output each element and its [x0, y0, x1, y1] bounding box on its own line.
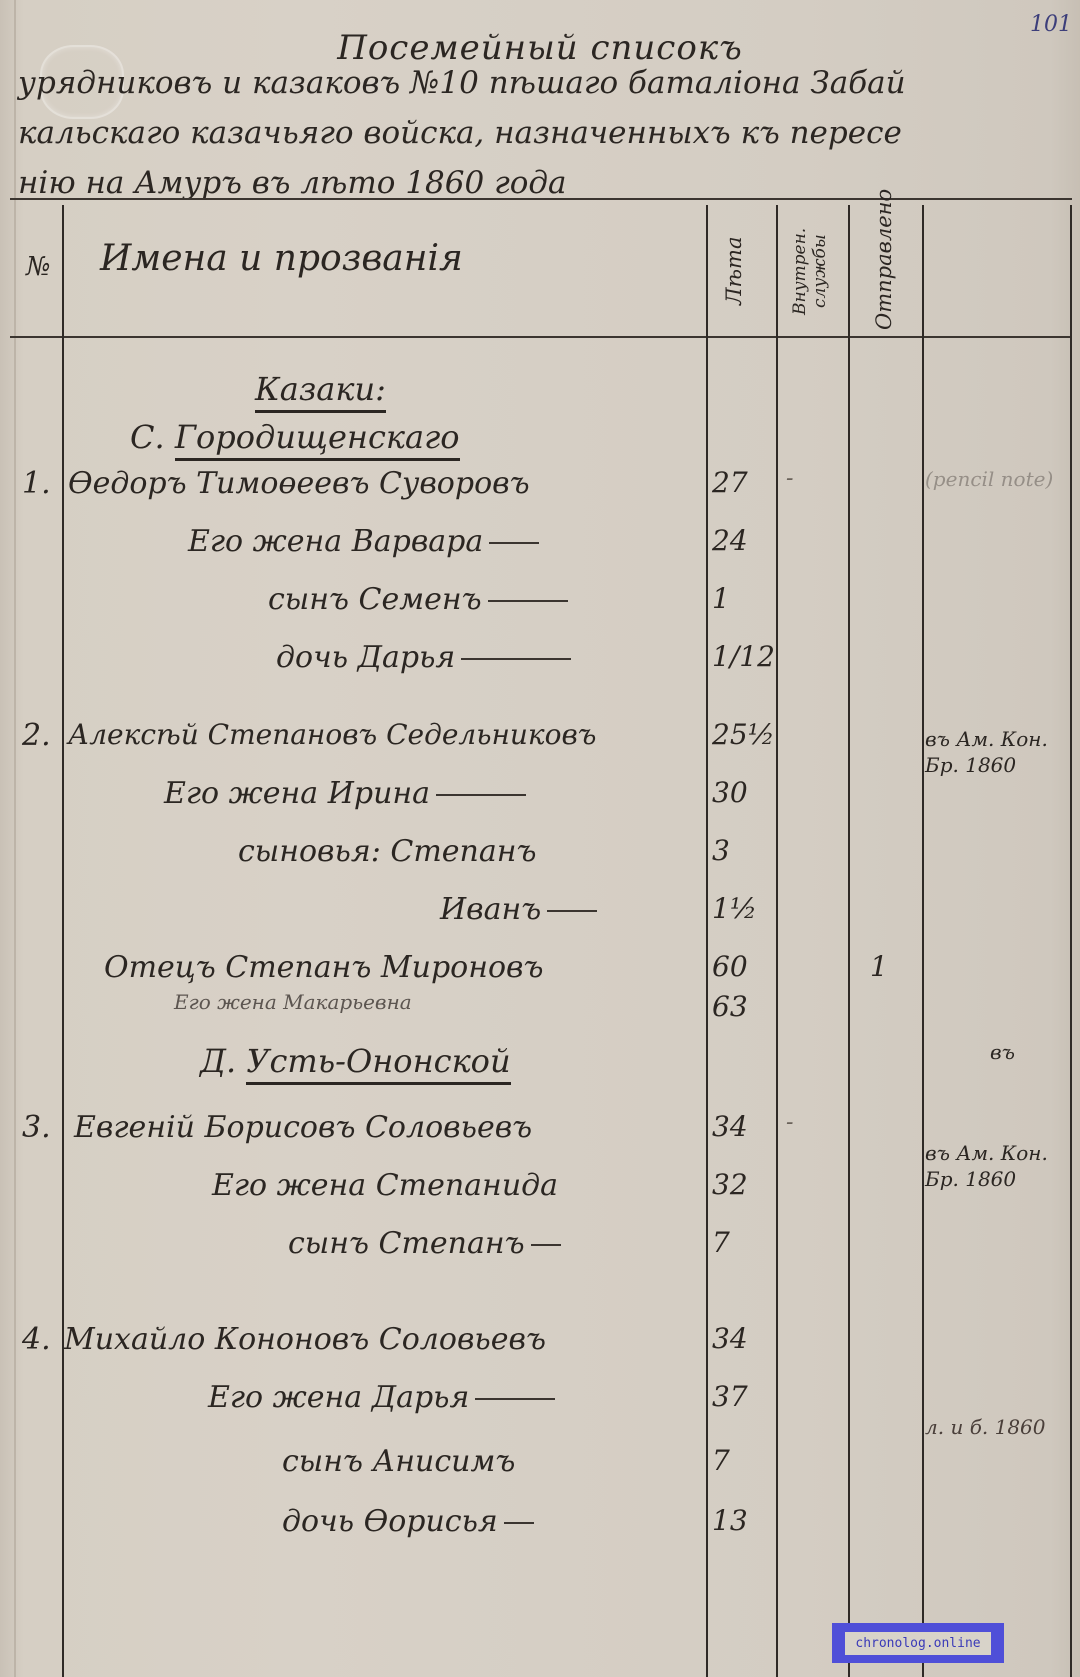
header-age: Лѣта	[722, 212, 746, 330]
watermark-badge: chronolog.online	[832, 1623, 1004, 1663]
member-name: дочь Дарья	[276, 640, 571, 675]
header-sent: Отправлено	[872, 212, 896, 330]
section-name: Усть-Ононской	[246, 1042, 510, 1085]
watermark-text: chronolog.online	[845, 1632, 990, 1655]
member-age: 32	[712, 1168, 776, 1201]
member-service: -	[786, 1110, 793, 1135]
member-age: 1½	[712, 892, 776, 925]
header-bottom-rule	[10, 336, 1072, 338]
member-sent: 1	[870, 950, 888, 983]
table-row: Иванъ 1½	[0, 892, 1080, 936]
member-name: сынъ Анисимъ	[282, 1444, 515, 1479]
table-top-rule	[10, 198, 1072, 200]
member-age: 13	[712, 1504, 776, 1537]
table-row: сыновья: Степанъ 3	[0, 834, 1080, 878]
member-remark: л. и б. 1860	[925, 1414, 1065, 1440]
member-age: 37	[712, 1380, 776, 1413]
member-name: Его жена Макарьевна	[174, 990, 412, 1014]
member-age: 34	[712, 1110, 776, 1143]
member-age: 27	[712, 466, 776, 499]
member-name: сынъ Степанъ	[288, 1226, 561, 1261]
member-name: Его жена Степанида	[212, 1168, 558, 1203]
member-name: Михайло Кононовъ Соловьевъ	[64, 1322, 546, 1357]
document-subtitle: урядниковъ и казаковъ №10 пѣшаго баталіо…	[18, 58, 1058, 208]
member-name: Отецъ Степанъ Мироновъ	[104, 950, 544, 985]
member-name: Его жена Ирина	[164, 776, 526, 811]
section-remark: въ	[990, 1040, 1015, 1064]
member-age: 7	[712, 1444, 776, 1477]
member-name: Евгеній Борисовъ Соловьевъ	[74, 1110, 532, 1145]
subtitle-line: кальскаго казачьяго войска, назначенныхъ…	[18, 108, 1058, 158]
table-row: Его жена Варвара 24	[0, 524, 1080, 568]
table-row: Его жена Макарьевна 63	[0, 990, 1080, 1034]
member-age: 60	[712, 950, 776, 983]
member-age: 30	[712, 776, 776, 809]
member-age: 1	[712, 582, 776, 615]
family-number: 1.	[22, 466, 51, 501]
table-row: 4. Михайло Кононовъ Соловьевъ 34	[0, 1322, 1080, 1366]
member-name: Өедоръ Тимоөеевъ Суворовъ	[68, 466, 530, 501]
member-age: 7	[712, 1226, 776, 1259]
member-age: 63	[712, 990, 776, 1023]
member-remark: въ Ам. Кон. Бр. 1860	[925, 726, 1065, 778]
member-age: 24	[712, 524, 776, 557]
member-age: 34	[712, 1322, 776, 1355]
member-name: Его жена Варвара	[188, 524, 539, 559]
group-heading: Казаки:	[255, 370, 386, 413]
table-row: сынъ Анисимъ 7 л. и б. 1860	[0, 1444, 1080, 1488]
table-row: Его жена Ирина 30	[0, 776, 1080, 820]
member-name: Иванъ	[440, 892, 597, 927]
table-row: Его жена Степанида 32	[0, 1168, 1080, 1212]
member-name: Алексѣй Степановъ Седельниковъ	[68, 718, 596, 751]
family-number: 3.	[22, 1110, 51, 1145]
header-number: №	[26, 252, 51, 282]
section-heading: С. Городищенскаго	[130, 418, 460, 456]
table-row: дочь Өорисья 13	[0, 1504, 1080, 1548]
table-row: Его жена Дарья 37	[0, 1380, 1080, 1424]
family-number: 4.	[22, 1322, 51, 1357]
member-name: сынъ Семенъ	[268, 582, 568, 617]
header-names: Имена и прозванія	[100, 238, 463, 279]
table-row: 1. Өедоръ Тимоөеевъ Суворовъ 27 - (penci…	[0, 466, 1080, 510]
subtitle-line: урядниковъ и казаковъ №10 пѣшаго баталіо…	[18, 58, 1058, 108]
member-age: 3	[712, 834, 776, 867]
document-page: 101 Посемейный списокъ урядниковъ и каза…	[0, 0, 1080, 1677]
subtitle-line: нію на Амуръ въ лѣто 1860 года	[18, 158, 1058, 208]
table-row: дочь Дарья 1/12	[0, 640, 1080, 684]
table-row: 2. Алексѣй Степановъ Седельниковъ 25½ въ…	[0, 718, 1080, 762]
member-name: дочь Өорисья	[282, 1504, 534, 1539]
section-heading: Д. Усть-Ононской	[200, 1042, 511, 1080]
member-name: Его жена Дарья	[208, 1380, 555, 1415]
member-remark: (pencil note)	[925, 466, 1065, 492]
section-prefix: С.	[130, 418, 165, 456]
table-row: сынъ Степанъ 7	[0, 1226, 1080, 1270]
section-name: Городищенскаго	[175, 418, 460, 461]
table-row: сынъ Семенъ 1	[0, 582, 1080, 626]
member-service: -	[786, 466, 793, 491]
member-age: 1/12	[712, 640, 776, 673]
section-prefix: Д.	[200, 1042, 236, 1080]
header-internal-service: Внутрен. службы	[790, 212, 830, 330]
table-row: 3. Евгеній Борисовъ Соловьевъ 34 - въ Ам…	[0, 1110, 1080, 1154]
member-name: сыновья: Степанъ	[238, 834, 536, 869]
member-age: 25½	[712, 718, 776, 751]
table-row: Отецъ Степанъ Мироновъ 60 1	[0, 950, 1080, 994]
family-number: 2.	[22, 718, 51, 753]
